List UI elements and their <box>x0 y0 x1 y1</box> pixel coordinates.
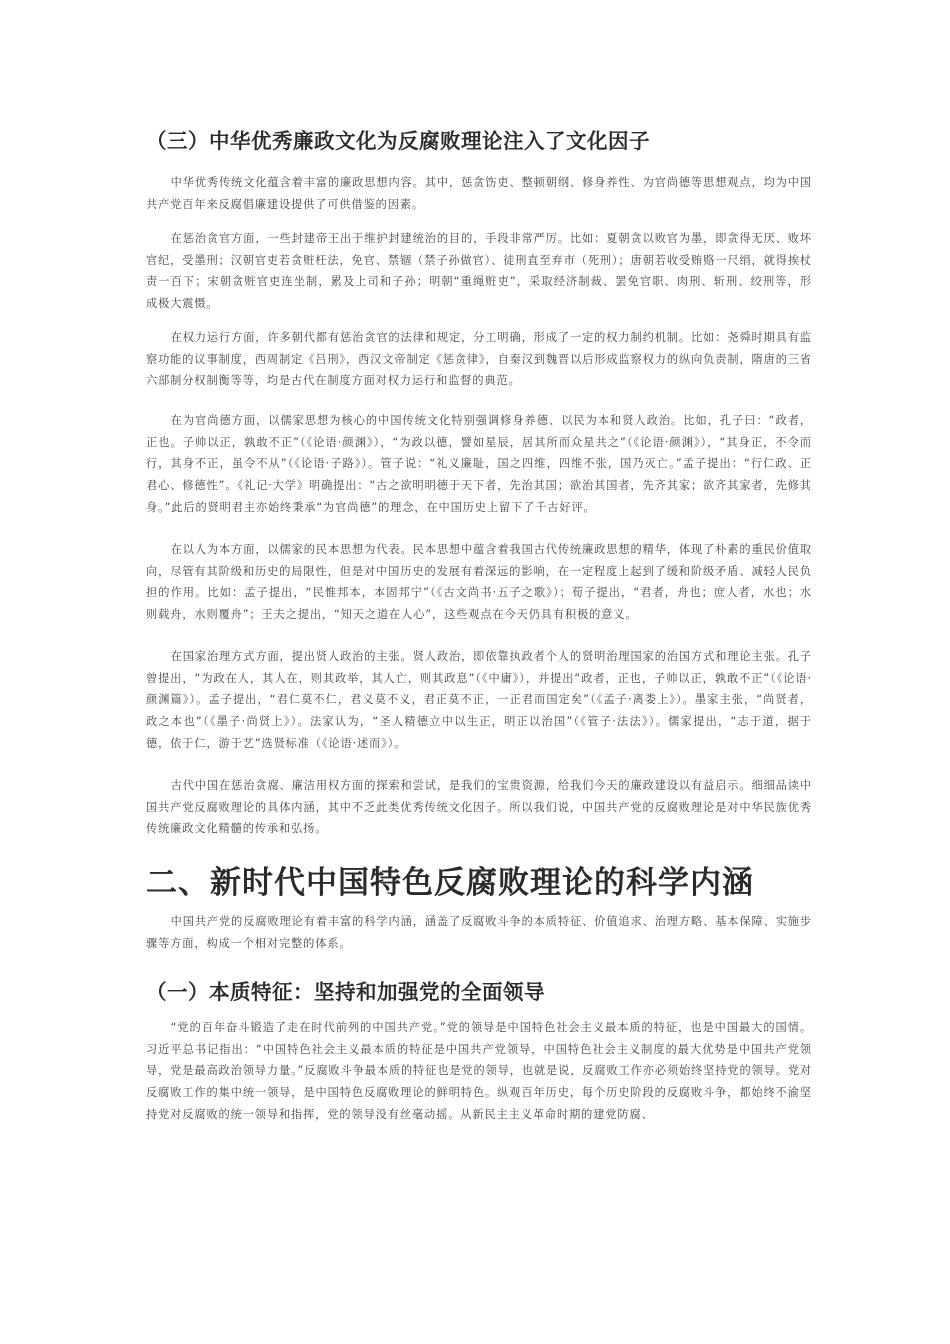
section-heading-3-culture: （三）中华优秀廉政文化为反腐败理论注入了文化因子 <box>146 124 650 154</box>
paragraph-party-leadership: “党的百年奋斗锻造了走在时代前列的中国共产党。”党的领导是中国特色社会主义最本质… <box>146 1017 812 1126</box>
paragraph-punish-corrupt: 在惩治贪官方面，一些封建帝王出于维护封建统治的目的，手段非常严厉。比如：夏朝贪以… <box>146 228 812 315</box>
paragraph-governance: 在国家治理方式方面，提出贤人政治的主张。贤人政治，即依靠执政者个人的贤明治理国家… <box>146 646 812 755</box>
paragraph-power-operation: 在权力运行方面，许多朝代都有惩治贪官的法律和规定，分工明确，形成了一定的权力制约… <box>146 327 812 392</box>
paragraph-people-oriented: 在以人为本方面，以儒家的民本思想为代表。民本思想中蕴含着我国古代传统廉政思想的精… <box>146 539 812 626</box>
paragraph-chapter-intro: 中国共产党的反腐败理论有着丰富的科学内涵，涵盖了反腐败斗争的本质特征、价值追求、… <box>146 911 812 954</box>
paragraph-conclusion: 古代中国在惩治贪腐、廉洁用权方面的探索和尝试，是我们的宝贵资源，给我们今天的廉政… <box>146 775 812 840</box>
paragraph-virtue: 在为官尚德方面，以儒家思想为核心的中国传统文化特别强调修身养德、以民为本和贤人政… <box>146 410 812 519</box>
chapter-heading-2: 二、新时代中国特色反腐败理论的科学内涵 <box>146 857 754 902</box>
section-heading-1-essence: （一）本质特征：坚持和加强党的全面领导 <box>146 975 545 1005</box>
paragraph-intro: 中华优秀传统文化蕴含着丰富的廉政思想内容。其中，惩贪饬吏、整顿朝纲、修身养性、为… <box>146 172 812 215</box>
